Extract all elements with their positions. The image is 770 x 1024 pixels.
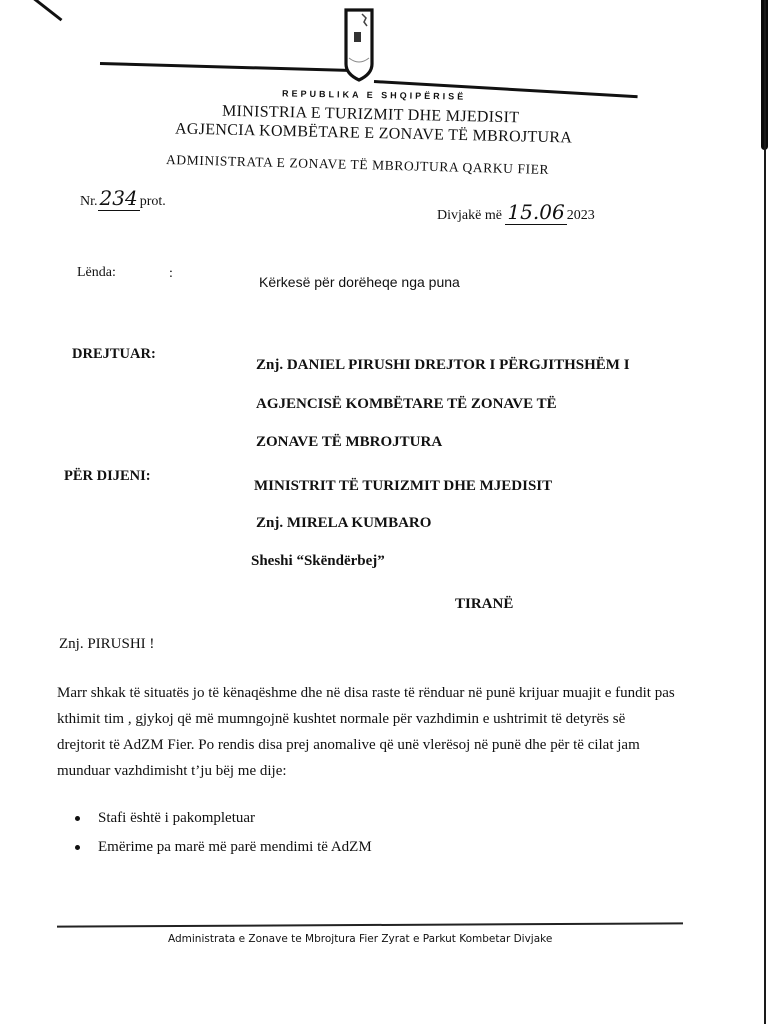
country-name: REPUBLIKA E SHQIPËRISË <box>282 88 466 101</box>
cc-line: MINISTRIT TË TURIZMIT DHE MJEDISIT <box>254 478 552 495</box>
subject-text: Kërkesë për dorëheqe nga puna <box>259 274 460 290</box>
letter-body: Marr shkak të situatës jo të kënaqëshme … <box>57 680 677 784</box>
handwritten-date: 15.06 <box>505 200 566 225</box>
scan-page-edge <box>762 0 770 1024</box>
subject-label: Lënda: <box>77 265 116 281</box>
header-rule <box>100 62 348 72</box>
cc-city: TIRANË <box>455 596 513 613</box>
subject-colon: : <box>169 266 173 282</box>
handwritten-protocol-number: 234 <box>98 186 140 211</box>
recipient-line: Znj. DANIEL PIRUSHI DREJTOR I PËRGJITHSH… <box>256 357 630 374</box>
document-date: Divjakë më 15.062023 <box>437 200 595 224</box>
for-info-label: PËR DIJENI: <box>64 468 151 485</box>
footer-rule <box>57 922 683 927</box>
albanian-coat-of-arms-icon <box>344 8 374 82</box>
footer-address: Administrata e Zonave te Mbrojtura Fier … <box>168 933 552 945</box>
cc-line: Znj. MIRELA KUMBARO <box>256 515 431 532</box>
protocol-number: Nr.234prot. <box>80 186 166 210</box>
list-item: Emërime pa marë më parë mendimi të AdZM <box>73 834 372 860</box>
letter-greeting: Znj. PIRUSHI ! <box>59 636 154 653</box>
recipient-line: ZONAVE TË MBROJTURA <box>256 434 442 451</box>
list-item: Stafi është i pakompletuar <box>73 805 372 831</box>
administration-name: ADMINISTRATA E ZONAVE TË MBROJTURA QARKU… <box>166 152 549 178</box>
addressed-to-label: DREJTUAR: <box>72 346 156 363</box>
recipient-line: AGJENCISË KOMBËTARE TË ZONAVE TË <box>256 396 557 413</box>
anomalies-list: Stafi është i pakompletuar Emërime pa ma… <box>73 805 372 863</box>
scan-corner-mark <box>29 0 62 21</box>
cc-line: Sheshi “Skëndërbej” <box>251 553 385 570</box>
